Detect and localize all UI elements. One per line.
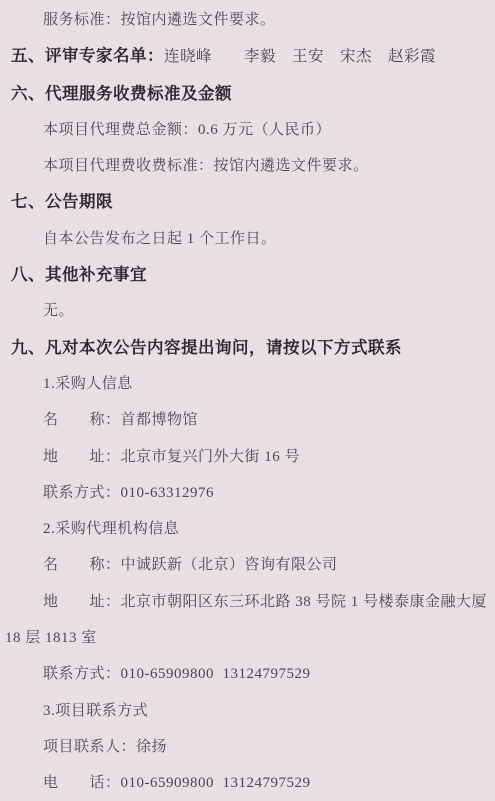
paragraph-agency-address: 地 址：北京市朝阳区东三环北路 38 号院 1 号楼泰康金融大厦 18 层 18… xyxy=(5,584,490,657)
paragraph-purchaser-info-title: 1.采购人信息 xyxy=(5,366,490,402)
paragraph-agency-contact: 联系方式：010-65909800 13124797529 xyxy=(5,656,490,692)
paragraph-project-phone: 电 话：010-65909800 13124797529 xyxy=(5,765,490,801)
paragraph-notice-period: 自本公告发布之日起 1 个工作日。 xyxy=(5,221,490,257)
heading-expert-list-label: 五、评审专家名单： xyxy=(11,46,164,65)
heading-agency-fee: 六、代理服务收费标准及金额 xyxy=(11,76,490,112)
paragraph-purchaser-contact: 联系方式：010-63312976 xyxy=(5,475,490,511)
paragraph-project-contact-person: 项目联系人：徐扬 xyxy=(5,729,490,765)
expert-names: 连晓峰 李毅 王安 宋杰 赵彩霞 xyxy=(164,48,436,65)
document-page: { "page": { "background_color": "#e7dfe3… xyxy=(0,0,495,801)
heading-contact-methods: 九、凡对本次公告内容提出询问，请按以下方式联系 xyxy=(11,330,490,366)
notice-document: 服务标准：按馆内遴选文件要求。 五、评审专家名单：连晓峰 李毅 王安 宋杰 赵彩… xyxy=(0,0,495,801)
paragraph-agency-info-title: 2.采购代理机构信息 xyxy=(5,511,490,547)
heading-supplementary-matters: 八、其他补充事宜 xyxy=(11,257,490,293)
heading-expert-list: 五、评审专家名单：连晓峰 李毅 王安 宋杰 赵彩霞 xyxy=(11,38,490,75)
paragraph-purchaser-address: 地 址：北京市复兴门外大街 16 号 xyxy=(5,439,490,475)
paragraph-service-standard: 服务标准：按馆内遴选文件要求。 xyxy=(5,2,490,38)
paragraph-project-contact-title: 3.项目联系方式 xyxy=(5,693,490,729)
paragraph-agency-name: 名 称：中诚跃新（北京）咨询有限公司 xyxy=(5,547,490,583)
paragraph-supplementary-none: 无。 xyxy=(5,293,490,329)
paragraph-purchaser-name: 名 称：首都博物馆 xyxy=(5,402,490,438)
paragraph-agency-fee-total: 本项目代理费总金额：0.6 万元（人民币） xyxy=(5,112,490,148)
heading-notice-period: 七、公告期限 xyxy=(11,184,490,220)
paragraph-agency-fee-standard: 本项目代理费收费标准：按馆内遴选文件要求。 xyxy=(5,148,490,184)
